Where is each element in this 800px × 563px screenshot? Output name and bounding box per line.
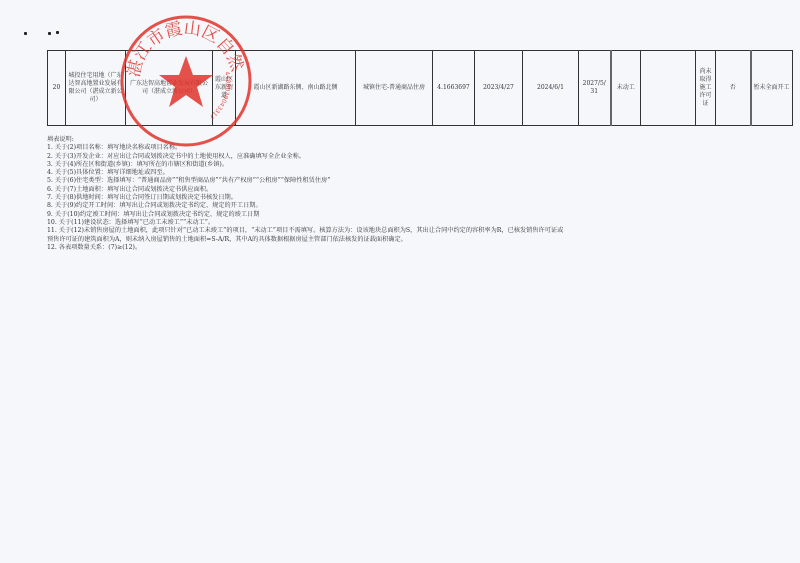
scan-speck [48, 32, 51, 35]
scan-speck [24, 32, 27, 35]
cell-housing-type: 城镇住宅-普通商品住房 [356, 51, 433, 126]
cell-index: 20 [48, 51, 66, 126]
cell-progress-note: 尚未取得施工许可证 [696, 51, 716, 126]
note-item: 8. 关于(9)约定开工时间：填写出让合同或划拨决定书约定、规定的开工日期。 [47, 202, 747, 210]
cell-flag: 否 [716, 51, 751, 126]
scanned-page: 20 城投住宅用地（广东达智高地置业发展有限公司（湛成立新公司） 广东达智高地置… [0, 0, 800, 563]
cell-land-area: 4.1663697 [433, 51, 475, 126]
cell-agreed-finish: 2027/5/31 [579, 51, 611, 126]
note-item: 9. 关于(10)约定竣工时间：填写出让合同或划拨决定书约定、规定的竣工日期 [47, 211, 747, 219]
cell-blank [641, 51, 696, 126]
cell-developer: 广东达智高地置业发展有限公司（湛成立新公司） [126, 51, 213, 126]
cell-transfer-date: 2023/4/27 [475, 51, 523, 126]
table-row: 20 城投住宅用地（广东达智高地置业发展有限公司（湛成立新公司） 广东达智高地置… [48, 51, 793, 126]
scan-speck [56, 31, 59, 34]
note-item: 12. 各表项数量关系：(7)≥(12)。 [47, 244, 747, 252]
note-item: 6. 关于(7)土地面积：填写出让合同或划拨决定书供应面积。 [47, 186, 747, 194]
cell-project-name: 城投住宅用地（广东达智高地置业发展有限公司（湛成立新公司） [66, 51, 126, 126]
note-item: 2. 关于(3)开发企业：对应出让合同或划拨决定书中的土地使用权人，应准确填写全… [47, 153, 747, 161]
note-item: 3. 关于(4)所在区和街道(乡镇)：填写所在的市辖区和街道(乡镇)。 [47, 161, 747, 169]
note-item: 11. 关于(12)未销售房屋的土地面积，此项只针对“已动工未竣工”的项目，“未… [47, 227, 747, 235]
note-item: 1. 关于(2)项目名称：填写地块名称或项目名称。 [47, 144, 747, 152]
cell-agreed-start: 2024/6/1 [523, 51, 579, 126]
land-supply-table: 20 城投住宅用地（广东达智高地置业发展有限公司（湛成立新公司） 广东达智高地置… [47, 50, 793, 126]
cell-district: 霞山区东新街道 [213, 51, 236, 126]
cell-status: 未动工 [611, 51, 641, 126]
cell-location: 霞山区新湖路东侧、南山路北侧 [236, 51, 356, 126]
fill-instructions: 填表说明: 1. 关于(2)项目名称：填写地块名称或项目名称。 2. 关于(3)… [47, 136, 747, 252]
note-item: 预售许可证的建筑面积为A，则未纳入房屋销售的土地面积=S-A/R，其中A的具体数… [47, 236, 747, 244]
note-item: 5. 关于(6)住宅类型：选择填写：“普通商品房”“租售型商品房”“共有产权房”… [47, 177, 747, 185]
cell-remark: 暂未全面开工 [751, 51, 793, 126]
